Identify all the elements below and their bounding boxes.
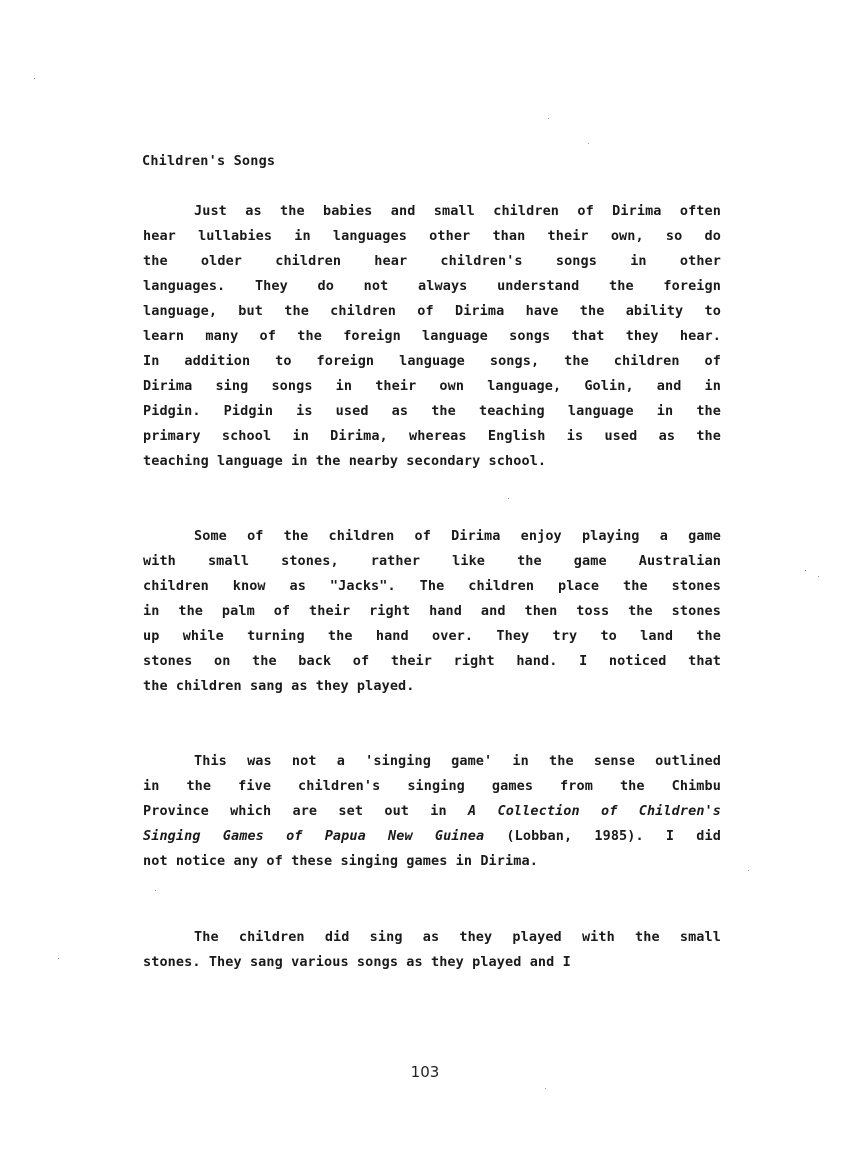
text-line: with small stones, rather like the game …	[143, 549, 721, 574]
text-line: In addition to foreign language songs, t…	[143, 349, 721, 374]
text-line: Pidgin. Pidgin is used as the teaching l…	[143, 399, 721, 424]
scan-speck	[548, 118, 549, 119]
scan-speck	[588, 143, 589, 144]
text-line: Some of the children of Dirima enjoy pla…	[143, 524, 721, 549]
text-line: This was not a 'singing game' in the sen…	[143, 749, 721, 774]
text-line: languages. They do not always understand…	[143, 274, 721, 299]
text-line: teaching language in the nearby secondar…	[143, 449, 721, 474]
book-title: A Collection of Children's	[468, 803, 721, 819]
book-title: Singing Games of Papua New Guinea	[143, 828, 484, 844]
document-page: Children's Songs Just as the babies and …	[0, 0, 850, 1169]
text-line: The children did sing as they played wit…	[143, 925, 721, 950]
scan-speck	[818, 576, 819, 577]
text-line: Province which are set out in A Collecti…	[143, 799, 721, 824]
section-heading: Children's Songs	[142, 153, 275, 169]
paragraph-stones-game: Some of the children of Dirima enjoy pla…	[143, 524, 721, 699]
text-line: Dirima sing songs in their own language,…	[143, 374, 721, 399]
text-line: in the five children's singing games fro…	[143, 774, 721, 799]
text-line: Singing Games of Papua New Guinea (Lobba…	[143, 824, 721, 849]
text-line: language, but the children of Dirima hav…	[143, 299, 721, 324]
scan-speck	[748, 870, 749, 871]
scan-speck	[805, 570, 806, 571]
scan-speck	[34, 78, 35, 79]
scan-speck	[508, 498, 509, 499]
page-number: 103	[0, 1063, 850, 1081]
text-line: children know as "Jacks". The children p…	[143, 574, 721, 599]
text-line: not notice any of these singing games in…	[143, 849, 721, 874]
paragraph-children-sing: The children did sing as they played wit…	[143, 925, 721, 975]
text-line: stones on the back of their right hand. …	[143, 649, 721, 674]
text-line: learn many of the foreign language songs…	[143, 324, 721, 349]
paragraph-singing-game: This was not a 'singing game' in the sen…	[143, 749, 721, 874]
text-line: the children sang as they played.	[143, 674, 721, 699]
paragraph-lullabies: Just as the babies and small children of…	[143, 199, 721, 474]
text-line: primary school in Dirima, whereas Englis…	[143, 424, 721, 449]
text-line: the older children hear children's songs…	[143, 249, 721, 274]
text-line: stones. They sang various songs as they …	[143, 950, 721, 975]
text-line: hear lullabies in languages other than t…	[143, 224, 721, 249]
text-line: Just as the babies and small children of…	[143, 199, 721, 224]
scan-speck	[545, 1088, 546, 1089]
scan-speck	[155, 890, 156, 891]
text-line: up while turning the hand over. They try…	[143, 624, 721, 649]
text-line: in the palm of their right hand and then…	[143, 599, 721, 624]
scan-speck	[58, 958, 59, 959]
